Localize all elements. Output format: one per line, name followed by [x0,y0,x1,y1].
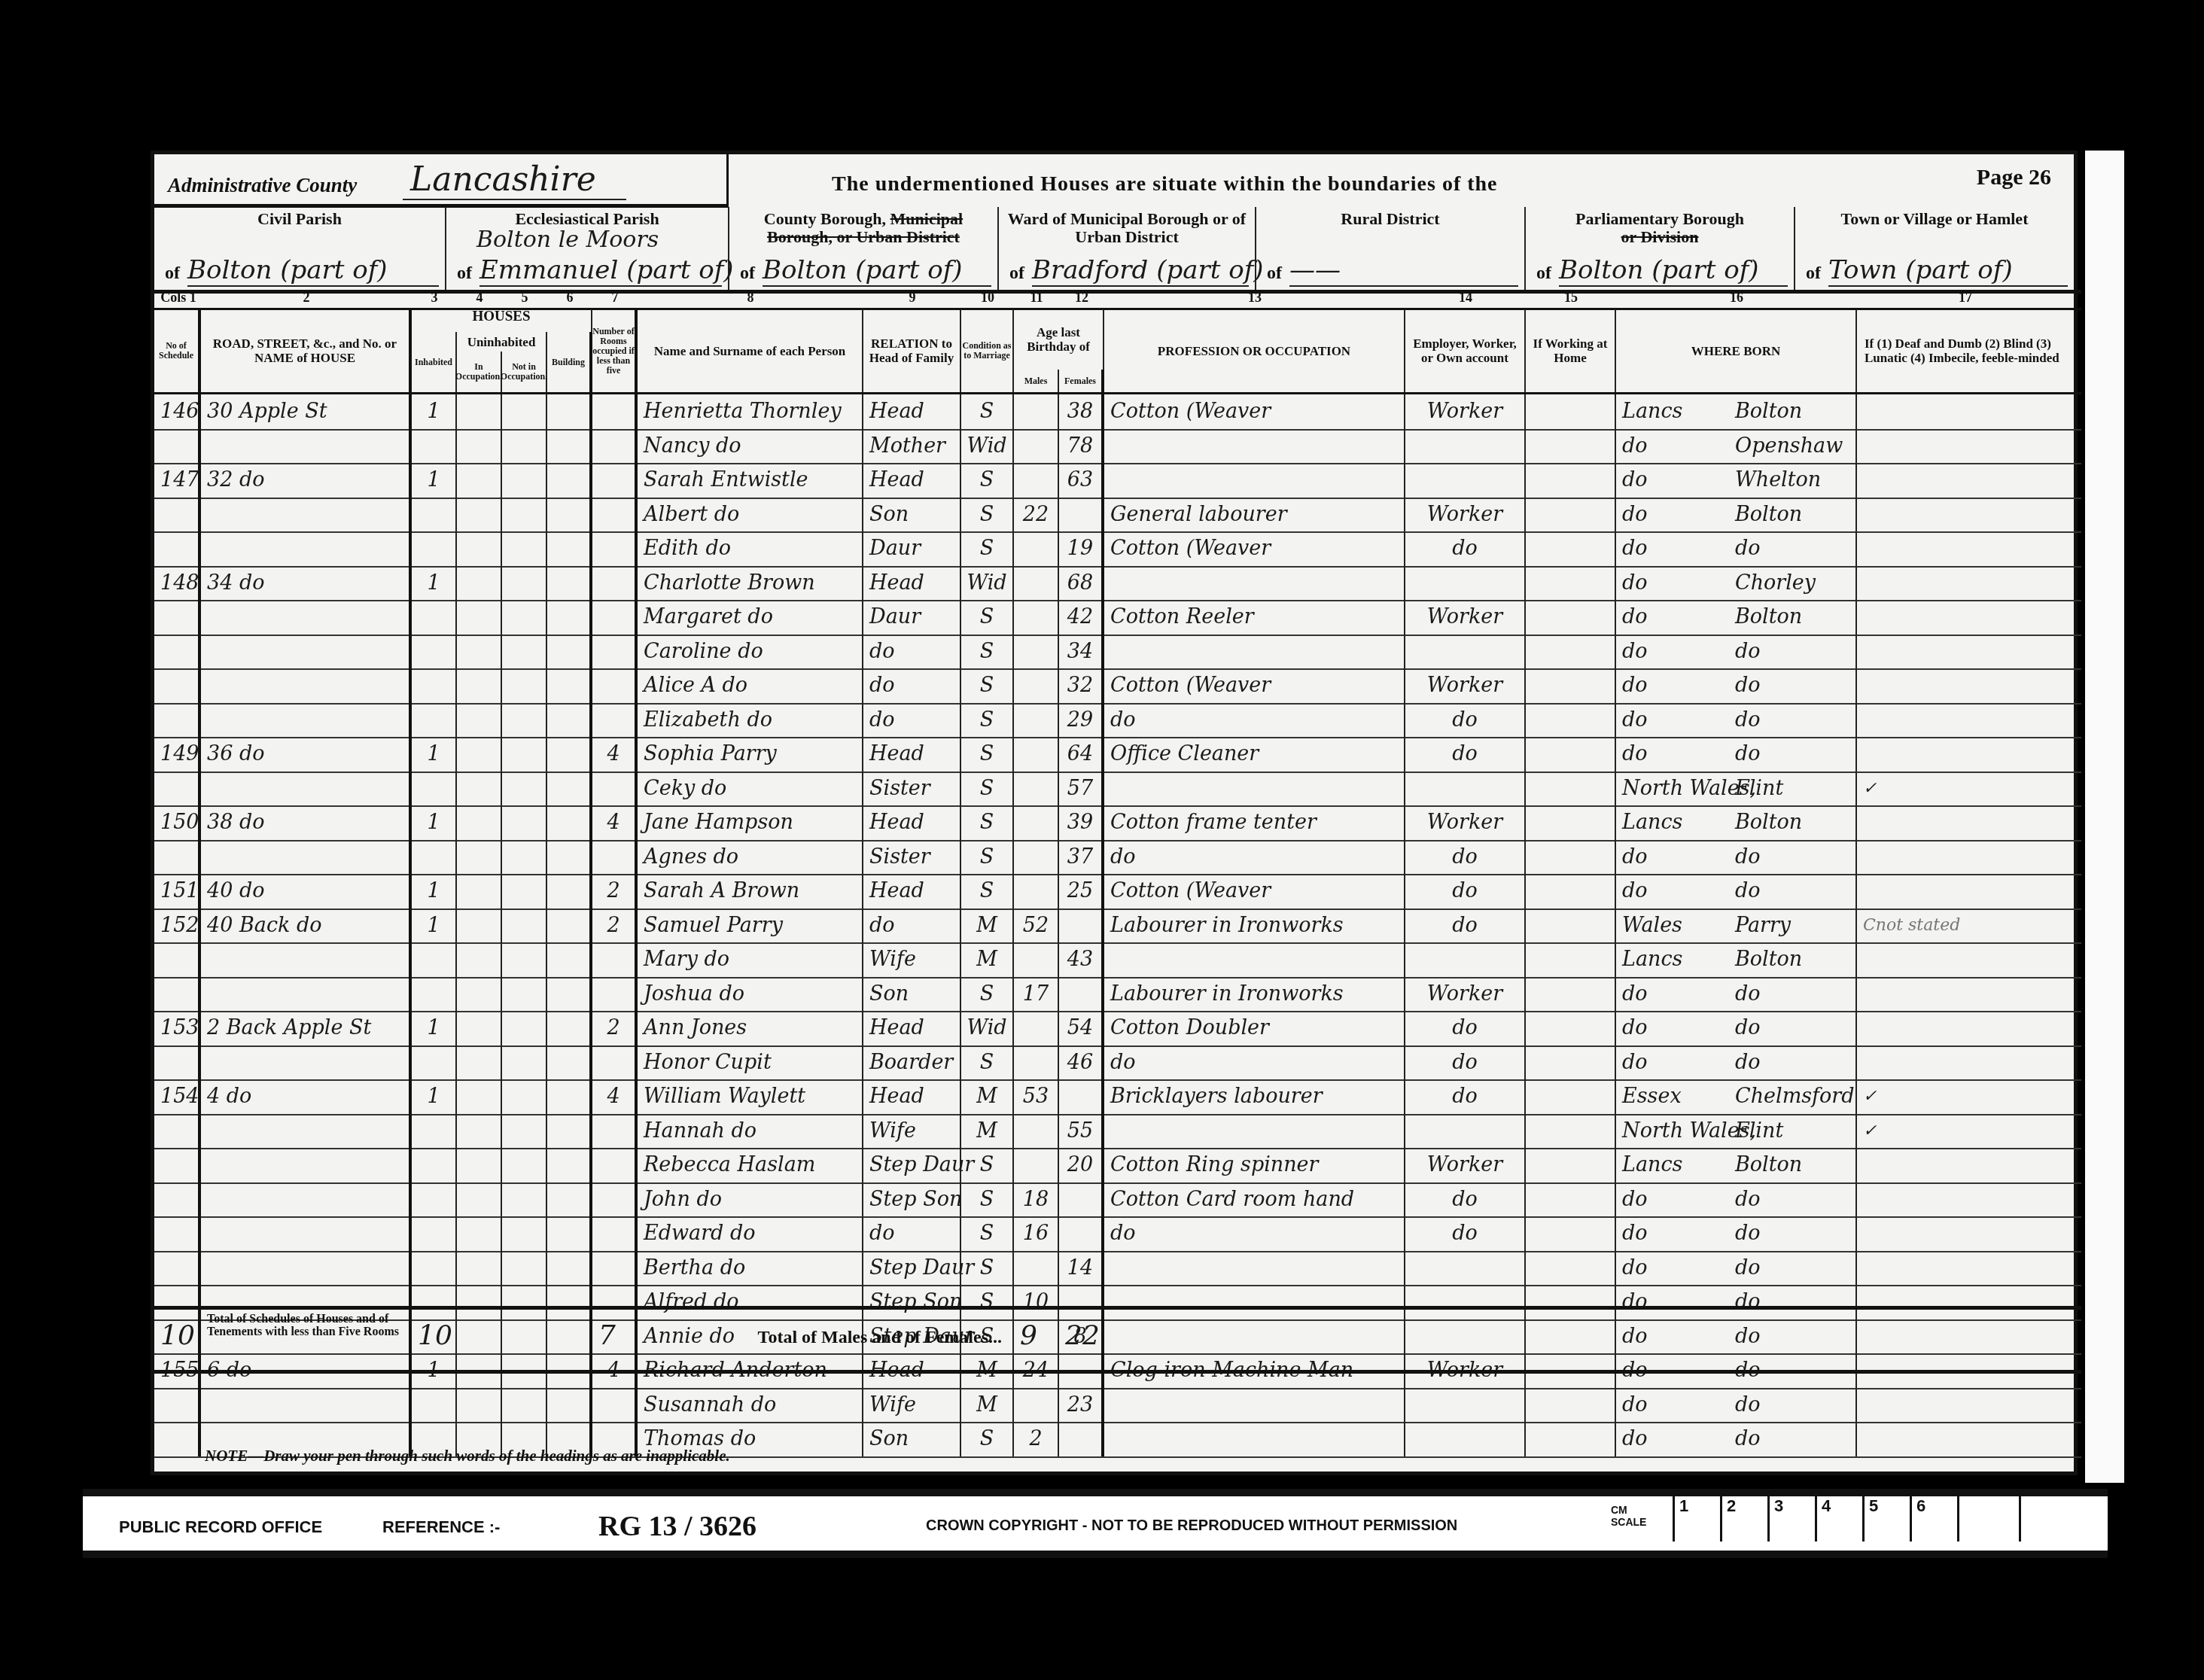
inhabited-count-cell: 1 [412,463,457,498]
person-name-cell: Susannah do [638,1388,863,1423]
birth-county-cell: Lancs [1616,394,1729,429]
person-name-cell: Edith do [638,531,863,566]
address-cell: 40 Back do [201,908,412,943]
infirmity-cell [1857,805,2074,840]
ecclesiastical-parish-top: Bolton le Moors [476,227,659,253]
empty-cell [547,1045,592,1080]
relation-cell: Son [863,498,961,532]
rooms-count-cell [592,429,638,464]
employment-status-cell: Worker [1405,600,1526,635]
occupation-cell: Cotton frame tenter [1104,805,1405,840]
schedule-number-cell [154,1114,201,1149]
rooms-count-cell [592,635,638,669]
rooms-count-cell [592,463,638,498]
inhabited-count-cell: 1 [412,566,457,601]
total-males-females-label: Total of Males and of Females... [638,1310,1014,1370]
relation-cell: Head [863,874,961,908]
schedule-number-cell [154,635,201,669]
infirmity-cell [1857,566,2074,601]
empty-cell [457,942,502,977]
birth-county-cell: Essex [1616,1079,1729,1114]
table-row: 1532 Back Apple St12Ann JonesHeadWid54Co… [154,1011,2081,1047]
relation-cell: Daur [863,600,961,635]
working-at-home-cell [1526,908,1616,943]
age-female-cell [1059,1182,1104,1217]
birth-county-cell: Lancs [1616,805,1729,840]
inhabited-count-cell [412,1251,457,1286]
occupation-cell [1104,1114,1405,1149]
rooms-count-cell [592,942,638,977]
empty-cell [547,737,592,772]
rooms-count-cell [592,1182,638,1217]
schedule-number-cell [154,840,201,875]
marital-condition-cell: S [961,1148,1014,1182]
empty-cell [502,737,547,772]
empty-cell [457,566,502,601]
parliamentary-borough-value: Bolton (part of) [1559,255,1788,287]
person-name-cell: Ceky do [638,772,863,806]
empty-cell [457,1148,502,1182]
inhabited-count-cell: 1 [412,394,457,429]
rooms-count-cell [592,498,638,532]
person-name-cell: Nancy do [638,429,863,464]
birth-county-cell: do [1616,874,1729,908]
employment-status-cell [1405,463,1526,498]
person-name-cell: Elizabeth do [638,703,863,738]
age-male-cell: 17 [1014,977,1059,1012]
empty-cell [502,1114,547,1149]
civil-parish-value: Bolton (part of) [187,255,439,287]
of-label: of [1009,263,1024,284]
age-male-cell [1014,703,1059,738]
birth-town-cell: do [1729,1182,1857,1217]
table-row: Albert doSonS22General labourerWorkerdoB… [154,498,2081,534]
town-value: Town (part of) [1828,255,2068,287]
infirmity-cell: ✓ [1857,1114,2074,1149]
address-cell [201,1388,412,1423]
census-sheet: Administrative County Lancashire The und… [151,151,2078,1475]
working-at-home-cell [1526,463,1616,498]
empty-cell [502,874,547,908]
age-female-cell: 38 [1059,394,1104,429]
infirmity-cell [1857,394,2074,429]
birth-town-cell: Bolton [1729,498,1857,532]
empty-cell [547,1011,592,1045]
schedule-number-cell [154,429,201,464]
age-female-cell: 39 [1059,805,1104,840]
occupation-cell: Labourer in Ironworks [1104,908,1405,943]
table-row: Edward dodoS16dodododo [154,1216,2081,1252]
birth-county-cell: Lancs [1616,942,1729,977]
cm-mark: 6 [1910,1496,1957,1542]
empty-cell [502,908,547,943]
footer-reference-label: REFERENCE :- [382,1517,500,1537]
age-male-cell [1014,874,1059,908]
birth-county-cell: do [1616,635,1729,669]
person-name-cell: Henrietta Thornley [638,394,863,429]
table-row: 14732 do1Sarah EntwistleHeadS63doWhelton [154,463,2081,499]
relation-cell: Head [863,805,961,840]
rooms-count-cell [592,394,638,429]
occupation-cell [1104,1388,1405,1423]
person-name-cell: William Waylett [638,1079,863,1114]
employment-status-cell: do [1405,737,1526,772]
table-row: Honor CupitBoarderS46dodododo [154,1045,2081,1082]
occupation-cell [1104,1422,1405,1456]
age-male-cell [1014,531,1059,566]
inhabited-count-cell: 1 [412,805,457,840]
schedule-number-cell [154,1251,201,1286]
table-row: Joshua doSonS17Labourer in IronworksWork… [154,977,2081,1013]
relation-cell: Wife [863,1114,961,1149]
cm-label-top: CM [1611,1504,1627,1516]
birth-county-cell: do [1616,498,1729,532]
empty-cell [502,942,547,977]
rooms-count-cell [592,1148,638,1182]
area-title: Civil Parish [154,210,445,228]
empty-cell [547,908,592,943]
birth-town-cell: do [1729,1422,1857,1456]
birth-town-cell: do [1729,703,1857,738]
schedule-number-cell: 148 [154,566,201,601]
relation-cell: Sister [863,772,961,806]
occupation-cell [1104,463,1405,498]
marital-condition-cell: S [961,600,1014,635]
schedule-number-cell: 147 [154,463,201,498]
infirmity-cell [1857,874,2074,908]
schedule-number-cell [154,1422,201,1456]
age-female-cell: 37 [1059,840,1104,875]
birth-county-cell: North Wales, [1616,772,1729,806]
age-male-cell [1014,1148,1059,1182]
age-male-cell: 18 [1014,1182,1059,1217]
working-at-home-cell [1526,977,1616,1012]
header-age: Age last Birthday of [1014,309,1104,370]
employment-status-cell [1405,1422,1526,1456]
admin-county-box: Administrative County Lancashire [154,154,729,208]
area-title: Rural District [1256,210,1524,228]
person-name-cell: Albert do [638,498,863,532]
empty-cell [502,566,547,601]
occupation-cell: do [1104,1045,1405,1080]
empty-cell [547,805,592,840]
inhabited-count-cell: 1 [412,874,457,908]
birth-town-cell: do [1729,668,1857,703]
schedule-number-cell: 149 [154,737,201,772]
header-uninhabited: Uninhabited [457,332,547,352]
empty-cell [502,668,547,703]
header-condition: Condition as to Marriage [961,309,1014,392]
empty-cell [457,1079,502,1114]
working-at-home-cell [1526,531,1616,566]
empty-cell [547,1148,592,1182]
schedule-number-cell: 151 [154,874,201,908]
header-name: Name and Surname of each Person [638,309,863,392]
address-cell [201,429,412,464]
table-row: Edith doDaurS19Cotton (Weaverdododo [154,531,2081,568]
empty-cell [547,531,592,566]
inhabited-count-cell [412,635,457,669]
working-at-home-cell [1526,394,1616,429]
employment-status-cell: Worker [1405,977,1526,1012]
schedule-number-cell [154,772,201,806]
inhabited-count-cell [412,703,457,738]
birth-town-cell: Bolton [1729,1148,1857,1182]
rooms-count-cell [592,531,638,566]
occupation-cell: General labourer [1104,498,1405,532]
occupation-cell: Cotton (Weaver [1104,394,1405,429]
rooms-count-cell: 4 [592,737,638,772]
birth-county-cell: Lancs [1616,1148,1729,1182]
infirmity-cell [1857,1182,2074,1217]
birth-town-cell: do [1729,531,1857,566]
age-male-cell: 16 [1014,1216,1059,1251]
cm-mark: 5 [1862,1496,1910,1542]
schedule-number-cell [154,942,201,977]
header-where-born: WHERE BORN [1616,309,1857,392]
table-row: John doStep SonS18Cotton Card room handd… [154,1182,2081,1219]
empty-cell [457,1388,502,1423]
schedule-number-cell [154,977,201,1012]
schedule-number-cell [154,498,201,532]
table-row: Hannah doWifeM55North Wales,Flint✓ [154,1114,2081,1150]
birth-county-cell: do [1616,600,1729,635]
relation-cell: do [863,635,961,669]
birth-county-cell: do [1616,531,1729,566]
birth-town-cell: Bolton [1729,805,1857,840]
inhabited-count-cell [412,942,457,977]
person-name-cell: Caroline do [638,635,863,669]
employment-status-cell: do [1405,703,1526,738]
rooms-count-cell: 2 [592,1011,638,1045]
table-row: Alice A dodoS32Cotton (WeaverWorkerdodo [154,668,2081,705]
total-building [547,1310,592,1370]
area-title: Parliamentary Boroughor Division [1526,210,1794,246]
empty-cell [502,394,547,429]
occupation-cell: Office Cleaner [1104,737,1405,772]
schedule-number-cell [154,1182,201,1217]
empty-cell [457,1045,502,1080]
marital-condition-cell: S [961,703,1014,738]
employment-status-cell: do [1405,1011,1526,1045]
column-number-row: Cols 1 2 3 4 5 6 7 8 9 10 11 12 13 14 15… [154,290,2081,310]
age-female-cell: 46 [1059,1045,1104,1080]
relation-cell: Head [863,394,961,429]
age-female-cell [1059,498,1104,532]
working-at-home-cell [1526,1422,1616,1456]
relation-cell: do [863,668,961,703]
of-label: of [1536,263,1551,284]
inhabited-count-cell [412,498,457,532]
header-in-occupation: In Occupation. [457,352,502,392]
employment-status-cell: do [1405,531,1526,566]
employment-status-cell [1405,1114,1526,1149]
rooms-count-cell: 2 [592,908,638,943]
address-cell: 30 Apple St [201,394,412,429]
area-title: Ecclesiastical Parish [446,210,728,228]
occupation-cell: Cotton Reeler [1104,600,1405,635]
header-females: Females [1059,370,1104,392]
schedule-number-cell: 152 [154,908,201,943]
age-male-cell [1014,942,1059,977]
admin-county-row: Administrative County Lancashire The und… [154,154,2081,207]
relation-cell: do [863,908,961,943]
empty-cell [457,668,502,703]
empty-cell [502,498,547,532]
address-cell [201,1114,412,1149]
schedule-number-cell [154,1148,201,1182]
infirmity-cell [1857,1422,2074,1456]
empty-cell [547,1079,592,1114]
column-number: 11 [1014,290,1059,306]
empty-cell [457,531,502,566]
employment-status-cell [1405,942,1526,977]
empty-cell [547,1388,592,1423]
birth-county-cell: do [1616,1422,1729,1456]
relation-cell: Head [863,463,961,498]
relation-cell: Step Daur [863,1251,961,1286]
table-row: Caroline dodoS34dodo [154,635,2081,671]
total-in-occupation [457,1310,502,1370]
rooms-count-cell: 2 [592,874,638,908]
marital-condition-cell: S [961,772,1014,806]
column-number: 5 [502,290,547,306]
table-row: Agnes doSisterS37dodododo [154,840,2081,876]
rooms-count-cell: 4 [592,805,638,840]
rooms-count-cell: 4 [592,1079,638,1114]
infirmity-cell [1857,498,2074,532]
table-row: Susannah doWifeM23dodo [154,1388,2081,1424]
address-cell [201,703,412,738]
empty-cell [502,531,547,566]
rooms-count-cell [592,1388,638,1423]
empty-cell [457,635,502,669]
table-row: 14936 do14Sophia ParryHeadS64Office Clea… [154,737,2081,773]
schedule-number-cell [154,703,201,738]
relation-cell: Head [863,1079,961,1114]
empty-cell [502,1079,547,1114]
marital-condition-cell: S [961,668,1014,703]
address-cell [201,942,412,977]
schedule-number-cell: 146 [154,394,201,429]
marital-condition-cell: M [961,1388,1014,1423]
header-road: ROAD, STREET, &c., and No. or NAME of HO… [201,309,412,392]
empty-cell [457,874,502,908]
relation-cell: Daur [863,531,961,566]
marital-condition-cell: S [961,1045,1014,1080]
marital-condition-cell: M [961,1079,1014,1114]
cm-scale: 1 2 3 4 5 6 [1673,1496,2021,1542]
birth-town-cell: Chelmsford [1729,1079,1857,1114]
birth-town-cell: do [1729,1045,1857,1080]
cm-scale-label: CMSCALE [1611,1504,1646,1528]
address-cell [201,1148,412,1182]
birth-county-cell: do [1616,1045,1729,1080]
column-number: 17 [1857,290,2074,306]
table-row: 1544 do14William WaylettHeadM53Bricklaye… [154,1079,2081,1115]
empty-cell [547,394,592,429]
empty-cell [457,703,502,738]
relation-cell: Step Daur [863,1148,961,1182]
table-row: 14630 Apple St1Henrietta ThornleyHeadS38… [154,394,2081,431]
empty-cell [547,703,592,738]
age-female-cell: 20 [1059,1148,1104,1182]
address-cell: 40 do [201,874,412,908]
cm-mark: 4 [1815,1496,1862,1542]
inhabited-count-cell: 1 [412,1011,457,1045]
occupation-cell: Labourer in Ironworks [1104,977,1405,1012]
age-male-cell [1014,429,1059,464]
rooms-count-cell [592,566,638,601]
person-name-cell: Joshua do [638,977,863,1012]
working-at-home-cell [1526,498,1616,532]
working-at-home-cell [1526,1114,1616,1149]
town-cell: Town or Village or Hamlet of Town (part … [1795,207,2074,290]
address-cell [201,1045,412,1080]
marital-condition-cell: M [961,908,1014,943]
person-name-cell: Alice A do [638,668,863,703]
birth-town-cell: Bolton [1729,942,1857,977]
relation-cell: Sister [863,840,961,875]
empty-cell [457,908,502,943]
relation-cell: Head [863,737,961,772]
occupation-cell: do [1104,840,1405,875]
marital-condition-cell: Wid [961,429,1014,464]
working-at-home-cell [1526,772,1616,806]
relation-cell: do [863,1216,961,1251]
empty-cell [502,840,547,875]
infirmity-cell: ✓ [1857,1079,2074,1114]
occupation-cell: do [1104,703,1405,738]
birth-town-cell: do [1729,1216,1857,1251]
empty-cell [502,635,547,669]
empty-cell [502,600,547,635]
age-male-cell [1014,1388,1059,1423]
employment-status-cell: do [1405,840,1526,875]
empty-cell [502,1148,547,1182]
ward-cell: Ward of Municipal Borough or of Urban Di… [999,207,1256,290]
inhabited-count-cell [412,1216,457,1251]
rooms-count-cell [592,840,638,875]
birth-county-cell: do [1616,1011,1729,1045]
birth-town-cell: Bolton [1729,600,1857,635]
infirmity-cell [1857,668,2074,703]
birth-county-cell: do [1616,668,1729,703]
occupation-cell [1104,566,1405,601]
person-name-cell: Ann Jones [638,1011,863,1045]
inhabited-count-cell [412,1388,457,1423]
total-not-in-occupation [502,1310,547,1370]
age-female-cell: 34 [1059,635,1104,669]
person-name-cell: John do [638,1182,863,1217]
intro-text: The undermentioned Houses are situate wi… [832,172,1498,196]
rooms-count-cell [592,977,638,1012]
age-male-cell: 2 [1014,1422,1059,1456]
table-row: Nancy doMotherWid78doOpenshaw [154,429,2081,465]
age-male-cell [1014,394,1059,429]
employment-status-cell [1405,1251,1526,1286]
birth-county-cell: do [1616,737,1729,772]
working-at-home-cell [1526,1148,1616,1182]
age-female-cell [1059,1079,1104,1114]
empty-cell [547,668,592,703]
header-building: Building [547,332,592,392]
birth-town-cell: Whelton [1729,463,1857,498]
empty-cell [457,1011,502,1045]
birth-town-cell: Openshaw [1729,429,1857,464]
total-rooms: 7 [592,1310,638,1370]
rooms-count-cell [592,1045,638,1080]
